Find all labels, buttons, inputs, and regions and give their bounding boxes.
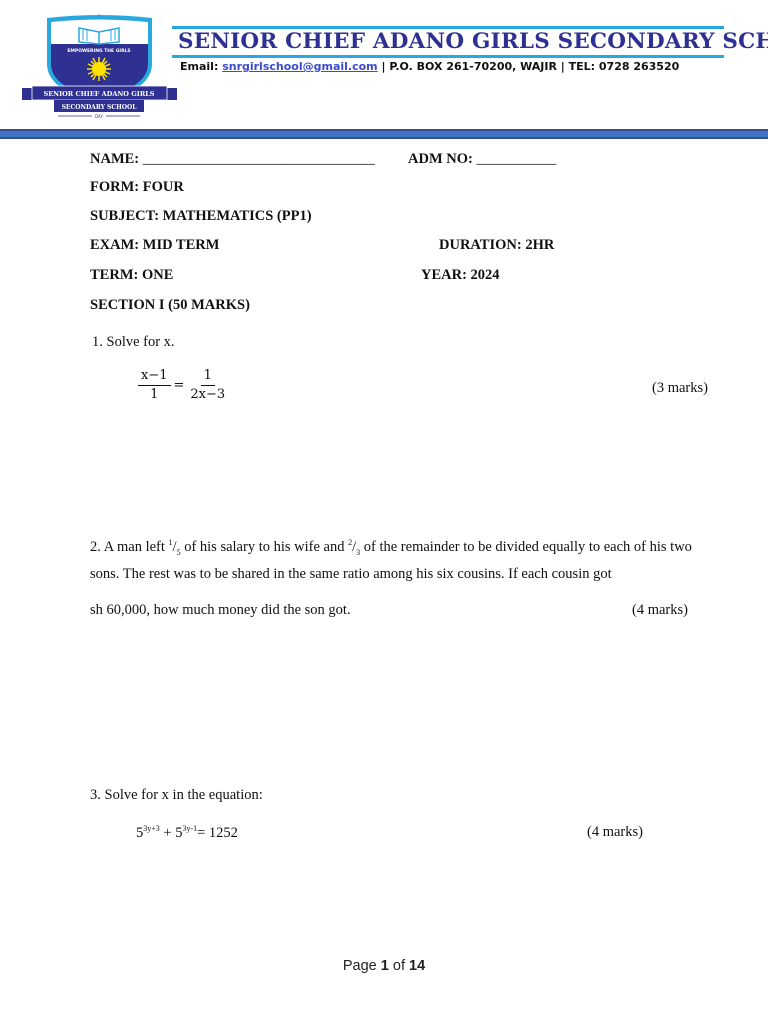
rhs-fraction: 1 2x−3 [187, 368, 228, 403]
name-field: NAME: ________________________________ [90, 151, 375, 168]
exam-info: EXAM: MID TERM [90, 237, 219, 254]
contact-line: Email: snrgirlschool@gmail.com | P.O. BO… [180, 60, 679, 73]
exponent-1: 3y+3 [143, 824, 160, 833]
letterhead: SENIOR CHIEF ADANO GIRLS SECONDARY SCHOO… [172, 26, 724, 58]
equals-sign: = [174, 378, 185, 393]
question-1-prompt: 1. Solve for x. [92, 334, 175, 351]
email-link[interactable]: snrgirlschool@gmail.com [222, 60, 377, 73]
page-word: Page [343, 958, 377, 974]
form-info: FORM: FOUR [90, 179, 184, 196]
lhs-denominator: 1 [147, 386, 161, 403]
question-3-marks: (4 marks) [587, 824, 643, 841]
question-1-marks: (3 marks) [652, 380, 708, 397]
adm-no-field: ADM NO: ___________ [408, 151, 556, 168]
plus-sign: + [160, 825, 175, 841]
current-page: 1 [381, 958, 389, 974]
header-rule-bottom [172, 55, 724, 58]
duration-info: DURATION: 2HR [439, 237, 554, 254]
telephone: TEL: 0728 263520 [569, 60, 680, 73]
name-blank: ________________________________ [143, 151, 375, 167]
question-3-prompt: 3. Solve for x in the equation: [90, 787, 263, 804]
question-2-line-3: sh 60,000, how much money did the son go… [90, 602, 351, 619]
svg-text:EMPOWERING THE GIRLS: EMPOWERING THE GIRLS [67, 48, 130, 54]
section-heading: SECTION I (50 MARKS) [90, 297, 250, 314]
rhs-numerator: 1 [201, 368, 215, 386]
header-divider-band [0, 129, 768, 139]
total-pages: 14 [409, 958, 425, 974]
question-2-line-2: sons. The rest was to be shared in the s… [90, 566, 612, 583]
subject-info: SUBJECT: MATHEMATICS (PP1) [90, 208, 312, 225]
question-2-marks: (4 marks) [632, 602, 688, 619]
fraction-1-numerator: 1 [169, 538, 173, 547]
svg-text:SENIOR CHIEF ADANO GIRLS: SENIOR CHIEF ADANO GIRLS [44, 90, 155, 98]
q2-text-c: of the remainder to be divided equally t… [360, 539, 692, 555]
adm-no-label: ADM NO: [408, 151, 473, 167]
name-label: NAME: [90, 151, 139, 167]
lhs-fraction: x−1 1 [138, 368, 171, 403]
question-3-equation: 53y+3 + 53y-1= 1252 [136, 824, 238, 842]
term-info: TERM: ONE [90, 267, 173, 284]
adm-no-blank: ___________ [476, 151, 556, 167]
equation-rhs: = 1252 [197, 825, 238, 841]
q2-text-a: 2. A man left [90, 539, 169, 555]
school-name: SENIOR CHIEF ADANO GIRLS SECONDARY SCHOO… [172, 29, 724, 55]
postal-address: | P.O. BOX 261-70200, WAJIR | [381, 60, 564, 73]
lhs-numerator: x−1 [138, 368, 171, 386]
fraction-2-numerator: 2 [348, 538, 352, 547]
svg-text:DAY: DAY [95, 114, 103, 119]
year-info: YEAR: 2024 [421, 267, 500, 284]
rhs-denominator: 2x−3 [187, 386, 228, 403]
of-word: of [393, 958, 405, 974]
email-label: Email: [180, 60, 218, 73]
page-number: Page 1 of 14 [0, 958, 768, 974]
svg-text:SECONDARY SCHOOL: SECONDARY SCHOOL [62, 104, 138, 111]
school-logo: EMPOWERING THE GIRLS SENIOR CHIEF ADANO … [22, 12, 177, 122]
q2-text-b: of his salary to his wife and [181, 539, 349, 555]
exponent-2: 3y-1 [182, 824, 197, 833]
question-1-equation: x−1 1 = 1 2x−3 [138, 368, 228, 403]
question-2-line-1: 2. A man left 1/5 of his salary to his w… [90, 538, 692, 557]
